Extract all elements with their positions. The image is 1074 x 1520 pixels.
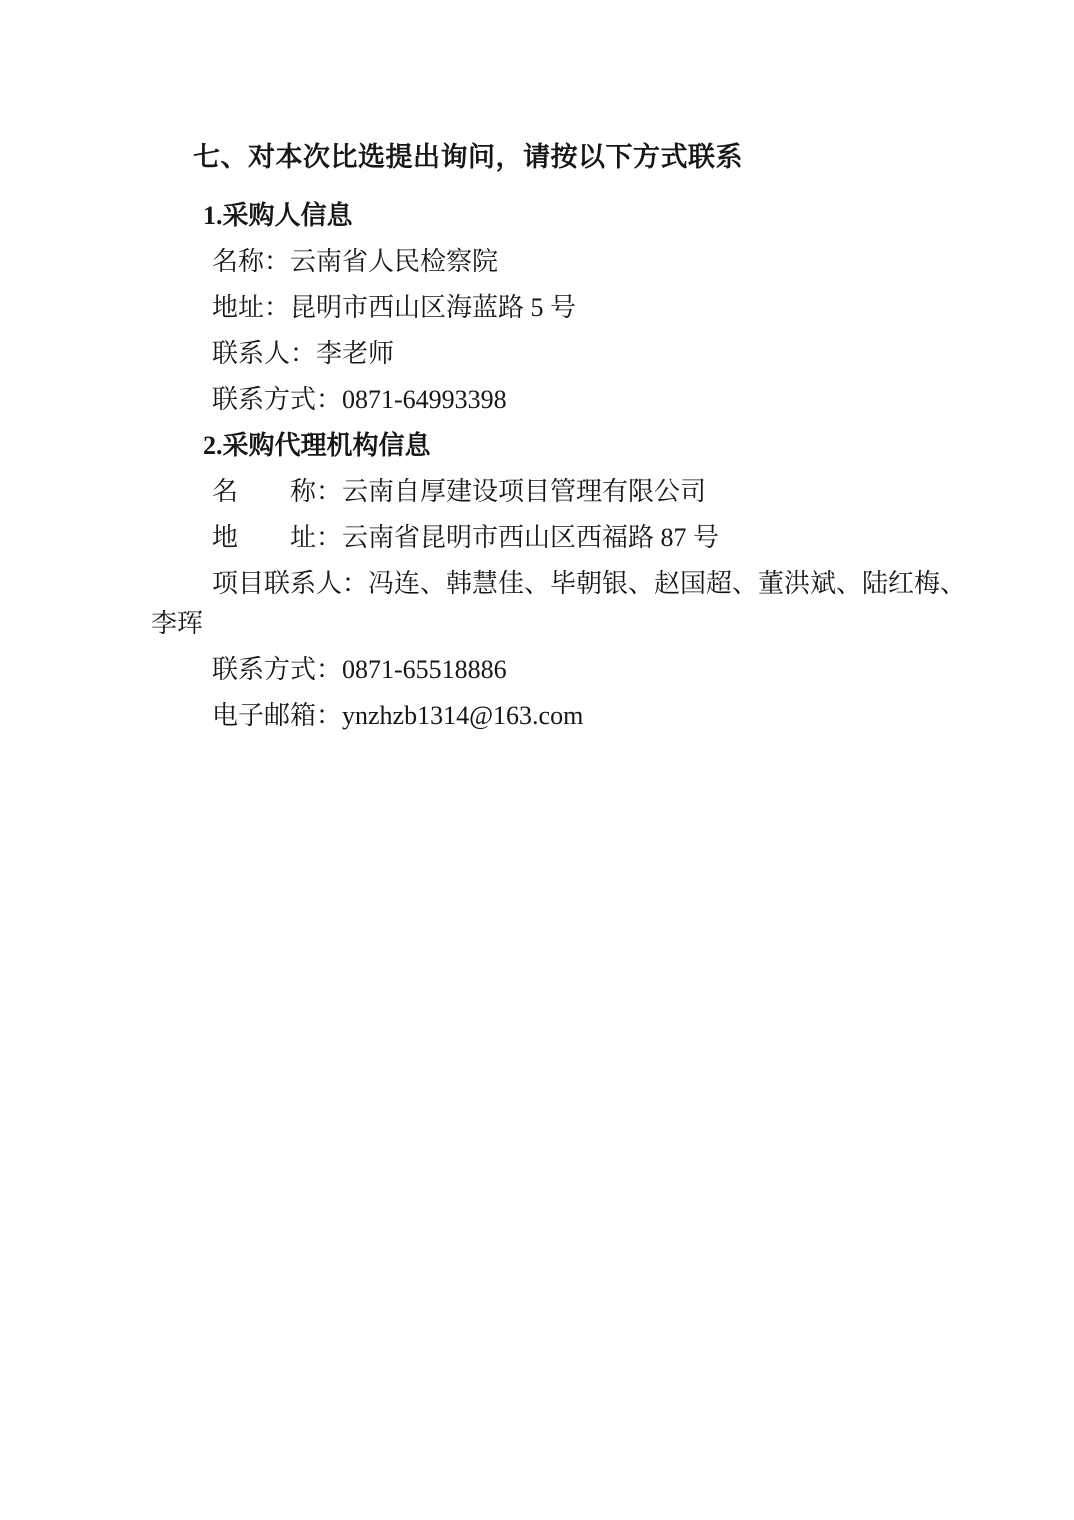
purchaser-info-heading: 1.采购人信息 — [151, 193, 974, 239]
purchaser-contact-person-line: 联系人：李老师 — [151, 331, 974, 377]
purchaser-name-line: 名称：云南省人民检察院 — [151, 239, 974, 285]
agency-email-line: 电子邮箱：ynzhzb1314@163.com — [151, 693, 974, 739]
document-page: 七、对本次比选提出询问，请按以下方式联系 1.采购人信息 名称：云南省人民检察院… — [0, 0, 1074, 1520]
purchaser-phone-line: 联系方式：0871-64993398 — [151, 377, 974, 423]
agency-info-heading: 2.采购代理机构信息 — [151, 423, 974, 469]
section-heading: 七、对本次比选提出询问，请按以下方式联系 — [151, 133, 974, 181]
agency-phone-line: 联系方式：0871-65518886 — [151, 647, 974, 693]
agency-address-line: 地 址：云南省昆明市西山区西福路 87 号 — [151, 515, 974, 561]
agency-contact-persons-continuation: 李珲 — [151, 601, 974, 647]
purchaser-address-line: 地址：昆明市西山区海蓝路 5 号 — [151, 285, 974, 331]
agency-contact-persons-line: 项目联系人：冯连、韩慧佳、毕朝银、赵国超、董洪斌、陆红梅、 — [151, 561, 974, 607]
agency-name-line: 名 称：云南自厚建设项目管理有限公司 — [151, 469, 974, 515]
